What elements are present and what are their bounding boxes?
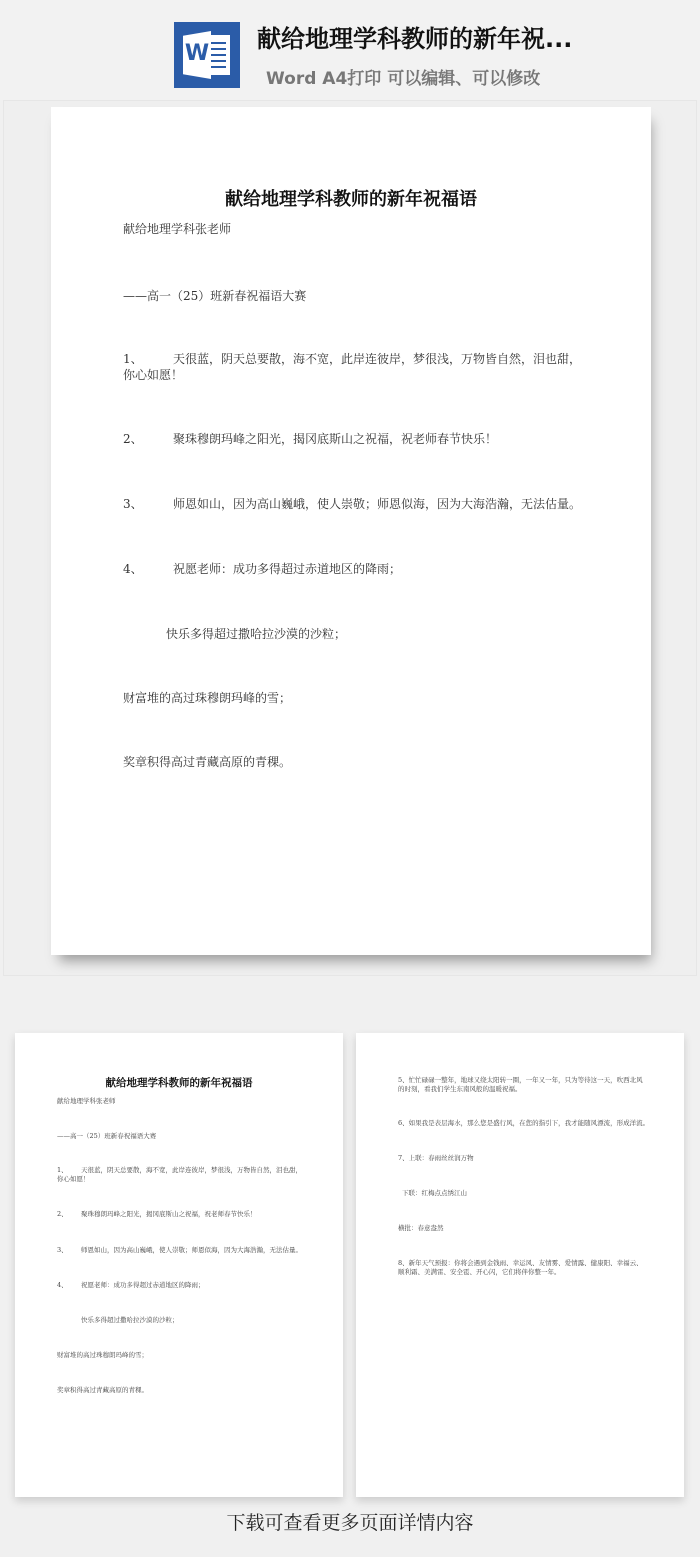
thumb-couplet-lower: 下联：红梅点点绣江山 bbox=[402, 1189, 467, 1198]
item-text: 天很蓝，阴天总要散，海不宽，此岸连彼岸，梦很浅，万物皆自然，泪也甜， bbox=[173, 352, 581, 366]
item-number: 1、 bbox=[123, 351, 173, 367]
thumbnail-page-1[interactable]: 献给地理学科教师的新年祝福语 献给地理学科张老师 ——高一（25）班新春祝福语大… bbox=[15, 1033, 343, 1497]
thumb-couplet-horizontal: 横批：春意盎然 bbox=[398, 1224, 444, 1233]
thumb-item-5: 5、忙忙碌碌一整年，地球又绕太阳转一圈，一年又一年，只为等待这一天，吹西北风 的… bbox=[398, 1076, 643, 1094]
wish-item-3: 3、师恩如山，因为高山巍峨，使人崇敬；师恩似海，因为大海浩瀚，无法估量。 bbox=[123, 496, 581, 512]
wish-line-medals: 奖章积得高过青藏高原的青稞。 bbox=[123, 754, 291, 770]
thumb-item-4: 4、祝愿老师：成功多得超过赤道地区的降雨； bbox=[57, 1281, 205, 1290]
item-text: 师恩如山，因为高山巍峨，使人崇敬；师恩似海，因为大海浩瀚，无法估量。 bbox=[173, 497, 581, 511]
wish-line-happiness: 快乐多得超过撒哈拉沙漠的沙粒； bbox=[166, 626, 346, 642]
main-document-page[interactable]: 献给地理学科教师的新年祝福语 献给地理学科张老师 ——高一（25）班新春祝福语大… bbox=[51, 107, 651, 955]
thumb-item-8: 8、新年天气预报：你将会遇到金钱雨、幸运风、友情雾、爱情露、健康阳、幸福云、 顺… bbox=[398, 1259, 643, 1277]
thumb-dedication: 献给地理学科张老师 bbox=[57, 1097, 116, 1106]
word-letter: W bbox=[183, 40, 211, 68]
item-number: 4、 bbox=[123, 561, 173, 577]
thumb-item-7: 7、上联：春雨丝丝润万物 bbox=[398, 1154, 474, 1163]
item-number: 3、 bbox=[123, 496, 173, 512]
item-text: 聚珠穆朗玛峰之阳光，揭冈底斯山之祝福，祝老师春节快乐！ bbox=[173, 432, 497, 446]
wish-line-wealth: 财富堆的高过珠穆朗玛峰的雪； bbox=[123, 690, 291, 706]
download-more-link[interactable]: 下载可查看更多页面详情内容 bbox=[0, 1508, 700, 1535]
thumb-item-6: 6、如果我是表层海水，那么您是盛行风，在您的指引下，我才能随风漂流，形成洋流。 bbox=[398, 1119, 649, 1128]
wish-item-1: 1、天很蓝，阴天总要散，海不宽，此岸连彼岸，梦很浅，万物皆自然，泪也甜， 你心如… bbox=[123, 351, 581, 383]
thumb-line-wealth: 财富堆的高过珠穆朗玛峰的雪； bbox=[57, 1351, 148, 1360]
thumb-event: ——高一（25）班新春祝福语大赛 bbox=[57, 1132, 156, 1141]
dedication-line: 献给地理学科张老师 bbox=[123, 221, 231, 237]
thumb-line-medals: 奖章积得高过青藏高原的青稞。 bbox=[57, 1386, 148, 1395]
page-title: 献给地理学科教师的新年祝福语 bbox=[51, 185, 651, 211]
item-text-cont: 你心如愿！ bbox=[123, 368, 183, 382]
item-text: 祝愿老师：成功多得超过赤道地区的降雨； bbox=[173, 562, 401, 576]
document-subtitle: Word A4打印 可以编辑、可以修改 bbox=[266, 64, 540, 89]
header-bar: W 献给地理学科教师的新年祝... Word A4打印 可以编辑、可以修改 bbox=[0, 0, 700, 100]
word-document-icon: W bbox=[174, 22, 240, 88]
document-title: 献给地理学科教师的新年祝... bbox=[257, 19, 572, 54]
thumb-item-2: 2、聚珠穆朗玛峰之阳光，揭冈底斯山之祝福，祝老师春节快乐！ bbox=[57, 1210, 257, 1219]
thumb-item-1: 1、天很蓝，阴天总要散，海不宽，此岸连彼岸，梦很浅，万物皆自然，泪也甜， 你心如… bbox=[57, 1166, 302, 1184]
thumb-title: 献给地理学科教师的新年祝福语 bbox=[15, 1075, 343, 1090]
wish-item-2: 2、聚珠穆朗玛峰之阳光，揭冈底斯山之祝福，祝老师春节快乐！ bbox=[123, 431, 497, 447]
wish-item-4: 4、祝愿老师：成功多得超过赤道地区的降雨； bbox=[123, 561, 401, 577]
event-line: ——高一（25）班新春祝福语大赛 bbox=[123, 288, 306, 304]
item-number: 2、 bbox=[123, 431, 173, 447]
thumbnail-page-2[interactable]: 5、忙忙碌碌一整年，地球又绕太阳转一圈，一年又一年，只为等待这一天，吹西北风 的… bbox=[356, 1033, 684, 1497]
thumb-item-3: 3、师恩如山，因为高山巍峨，使人崇敬；师恩似海，因为大海浩瀚，无法估量。 bbox=[57, 1246, 302, 1255]
thumb-line-happiness: 快乐多得超过撒哈拉沙漠的沙粒； bbox=[81, 1316, 179, 1325]
